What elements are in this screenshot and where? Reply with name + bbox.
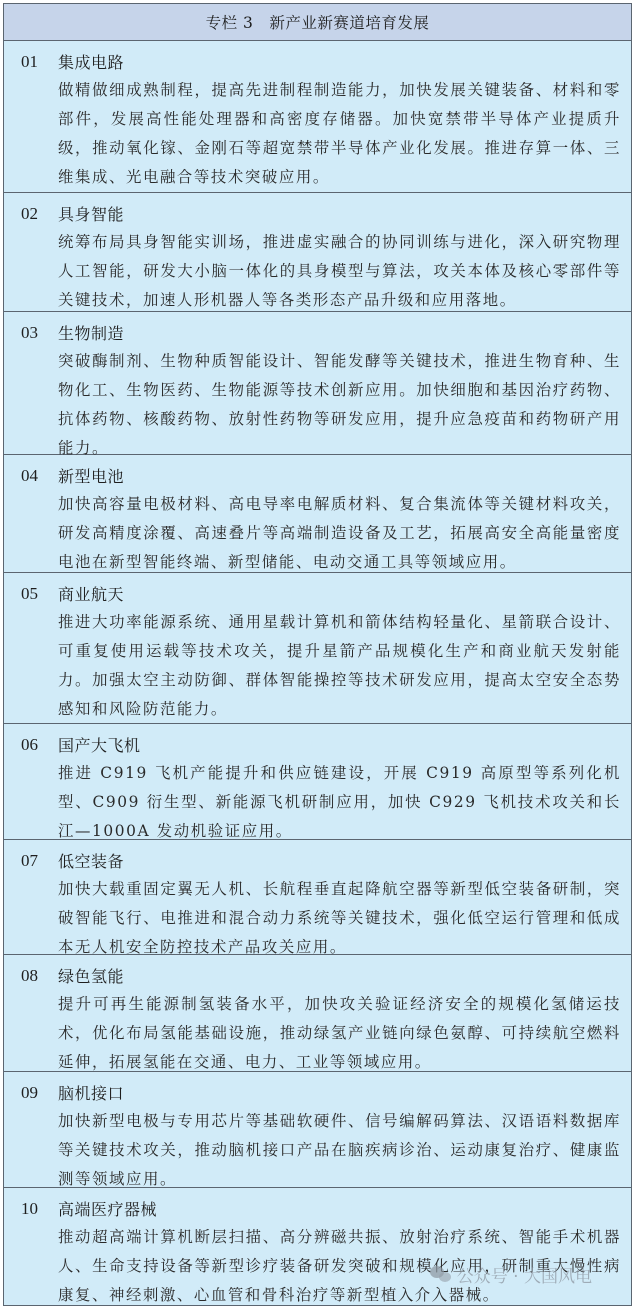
section-number: 02	[4, 204, 58, 224]
section-number: 03	[4, 323, 58, 343]
section-title: 高端医疗器械	[58, 1197, 157, 1220]
section-number: 08	[4, 966, 58, 986]
section-row-04: 04 新型电池 加快高容量电极材料、高电导率电解质材料、复合集流体等关键材料攻关…	[4, 455, 631, 573]
feature-panel: 专栏 3 新产业新赛道培育发展 01 集成电路 做精做细成熟制程，提高先进制程制…	[3, 3, 632, 1306]
section-number: 10	[4, 1199, 58, 1219]
section-row-02: 02 具身智能 统筹布局具身智能实训场，推进虚实融合的协同训练与进化，深入研究物…	[4, 193, 631, 312]
section-body: 加快新型电极与专用芯片等基础软硬件、信号编解码算法、汉语语料数据库等关键技术攻关…	[58, 1107, 621, 1194]
section-row-01: 01 集成电路 做精做细成熟制程，提高先进制程制造能力，加快发展关键装备、材料和…	[4, 41, 631, 193]
section-body: 加快高容量电极材料、高电导率电解质材料、复合集流体等关键材料攻关，研发高精度涂覆…	[58, 490, 621, 577]
section-body: 推动超高端计算机断层扫描、高分辨磁共振、放射治疗系统、智能手术机器人、生命支持设…	[58, 1223, 621, 1309]
section-row-08: 08 绿色氢能 提升可再生能源制氢装备水平，加快攻关验证经济安全的规模化氢储运技…	[4, 955, 631, 1072]
section-body: 做精做细成熟制程，提高先进制程制造能力，加快发展关键装备、材料和零部件，发展高性…	[58, 76, 621, 192]
section-title: 国产大飞机	[58, 733, 141, 756]
section-body: 突破酶制剂、生物种质智能设计、智能发酵等关键技术，推进生物育种、生物化工、生物医…	[58, 347, 621, 463]
section-row-10: 10 高端医疗器械 推动超高端计算机断层扫描、高分辨磁共振、放射治疗系统、智能手…	[4, 1188, 631, 1305]
section-row-06: 06 国产大飞机 推进 C919 飞机产能提升和供应链建设，开展 C919 高原…	[4, 724, 631, 840]
section-title: 脑机接口	[58, 1081, 124, 1104]
panel-header: 专栏 3 新产业新赛道培育发展	[4, 4, 631, 41]
section-title: 商业航天	[58, 582, 124, 605]
section-number: 09	[4, 1083, 58, 1103]
section-body: 推进大功率能源系统、通用星载计算机和箭体结构轻量化、星箭联合设计、可重复使用运载…	[58, 608, 621, 724]
section-row-09: 09 脑机接口 加快新型电极与专用芯片等基础软硬件、信号编解码算法、汉语语料数据…	[4, 1072, 631, 1188]
section-body: 提升可再生能源制氢装备水平，加快攻关验证经济安全的规模化氢储运技术，优化布局氢能…	[58, 990, 621, 1077]
section-body: 加快大载重固定翼无人机、长航程垂直起降航空器等新型低空装备研制，突破智能飞行、电…	[58, 875, 621, 962]
panel-title: 新产业新赛道培育发展	[269, 11, 429, 33]
section-title: 绿色氢能	[58, 964, 124, 987]
section-number: 05	[4, 584, 58, 604]
section-title: 集成电路	[58, 50, 124, 73]
section-row-05: 05 商业航天 推进大功率能源系统、通用星载计算机和箭体结构轻量化、星箭联合设计…	[4, 573, 631, 724]
section-body: 统筹布局具身智能实训场，推进虚实融合的协同训练与进化，深入研究物理人工智能，研发…	[58, 228, 621, 315]
section-title: 低空装备	[58, 849, 124, 872]
section-title: 新型电池	[58, 464, 124, 487]
section-row-03: 03 生物制造 突破酶制剂、生物种质智能设计、智能发酵等关键技术，推进生物育种、…	[4, 312, 631, 455]
column-label: 专栏 3	[206, 11, 254, 33]
section-title: 具身智能	[58, 202, 124, 225]
section-row-07: 07 低空装备 加快大载重固定翼无人机、长航程垂直起降航空器等新型低空装备研制，…	[4, 840, 631, 955]
section-title: 生物制造	[58, 321, 124, 344]
section-body: 推进 C919 飞机产能提升和供应链建设，开展 C919 高原型等系列化机型、C…	[58, 759, 621, 846]
section-number: 06	[4, 735, 58, 755]
section-number: 01	[4, 52, 58, 72]
section-number: 04	[4, 466, 58, 486]
section-number: 07	[4, 851, 58, 871]
